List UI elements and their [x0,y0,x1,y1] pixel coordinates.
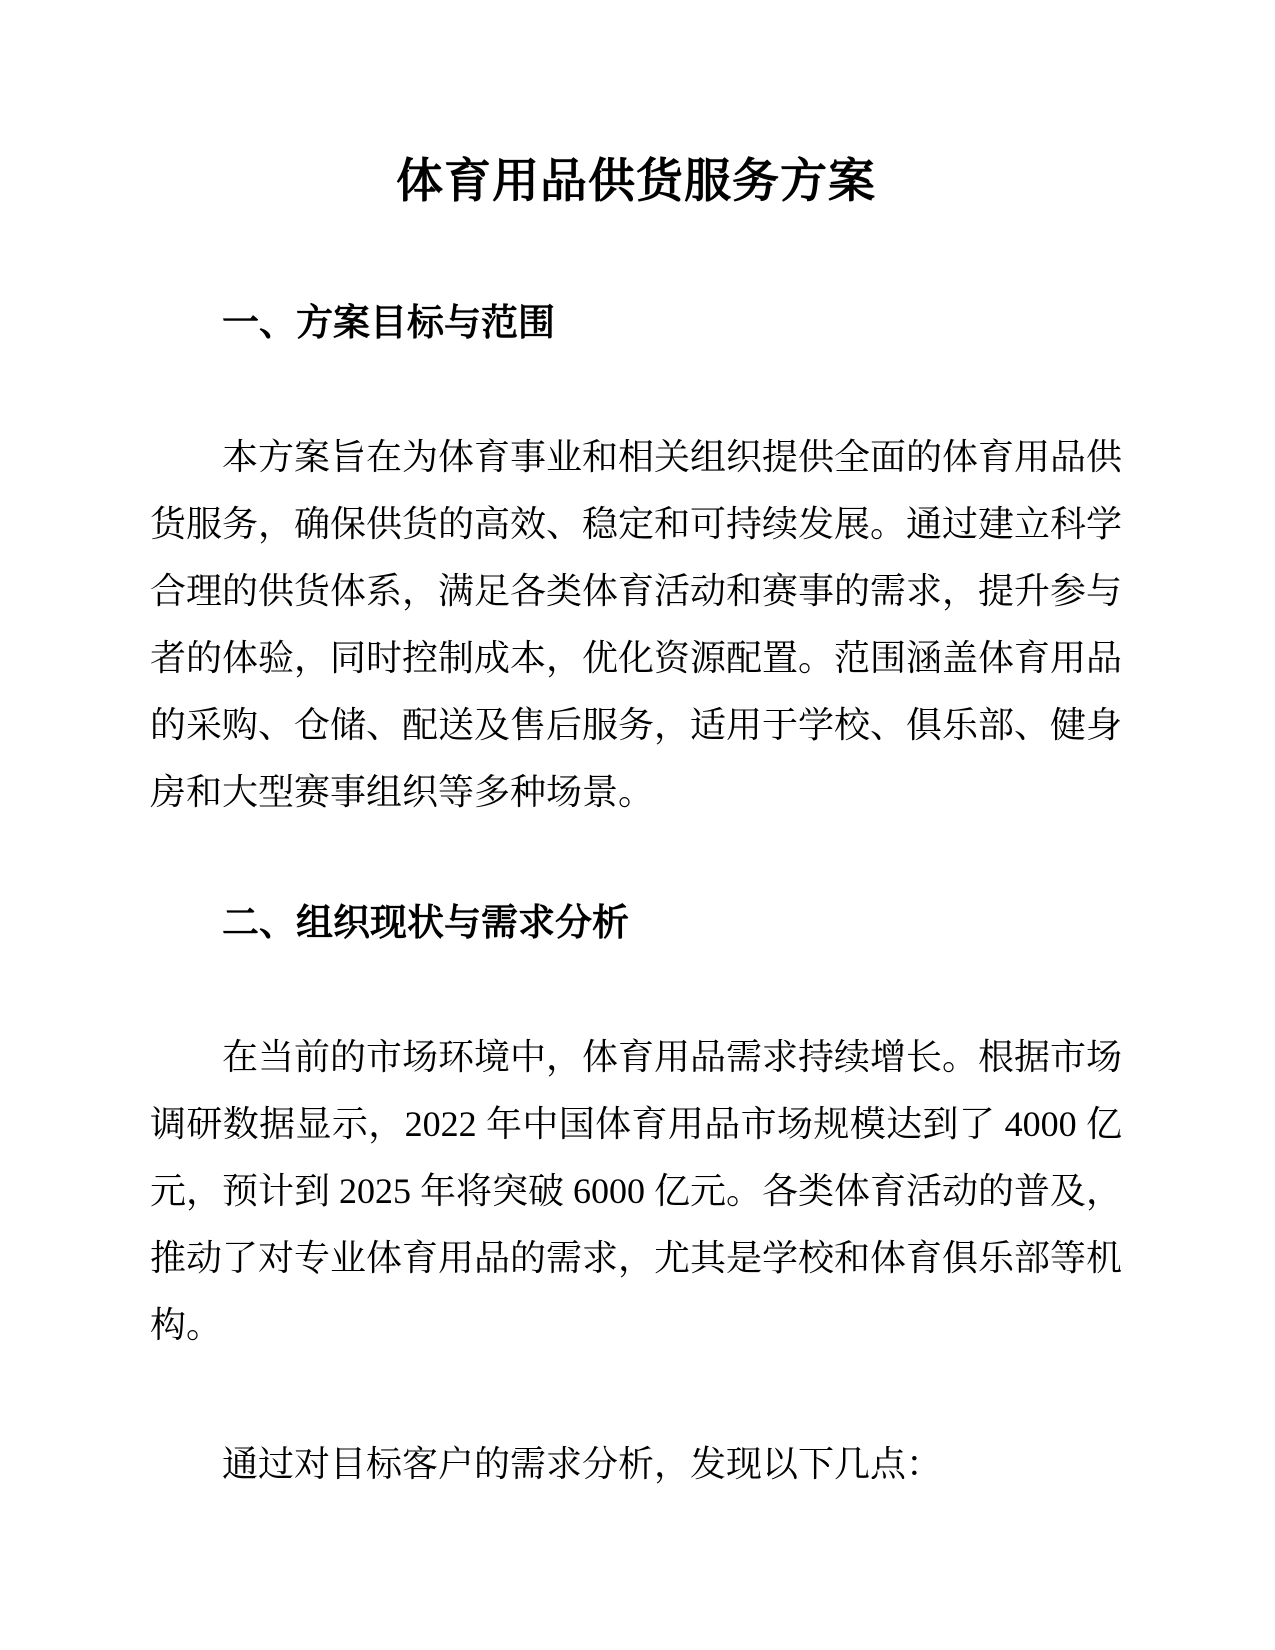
section-1: 一、方案目标与范围 本方案旨在为体育事业和相关组织提供全面的体育用品供货服务，确… [150,298,1122,826]
section-2-heading: 二、组织现状与需求分析 [222,898,1122,948]
section-1-paragraph-1: 本方案旨在为体育事业和相关组织提供全面的体育用品供货服务，确保供货的高效、稳定和… [150,424,1122,826]
document-page: 体育用品供货服务方案 一、方案目标与范围 本方案旨在为体育事业和相关组织提供全面… [0,0,1275,1650]
doc-title: 体育用品供货服务方案 [150,152,1122,210]
section-2-paragraph-2: 通过对目标客户的需求分析，发现以下几点： [150,1431,1122,1498]
section-1-heading: 一、方案目标与范围 [222,298,1122,348]
section-2: 二、组织现状与需求分析 在当前的市场环境中，体育用品需求持续增长。根据市场调研数… [150,898,1122,1498]
section-2-paragraph-1: 在当前的市场环境中，体育用品需求持续增长。根据市场调研数据显示，2022 年中国… [150,1024,1122,1359]
